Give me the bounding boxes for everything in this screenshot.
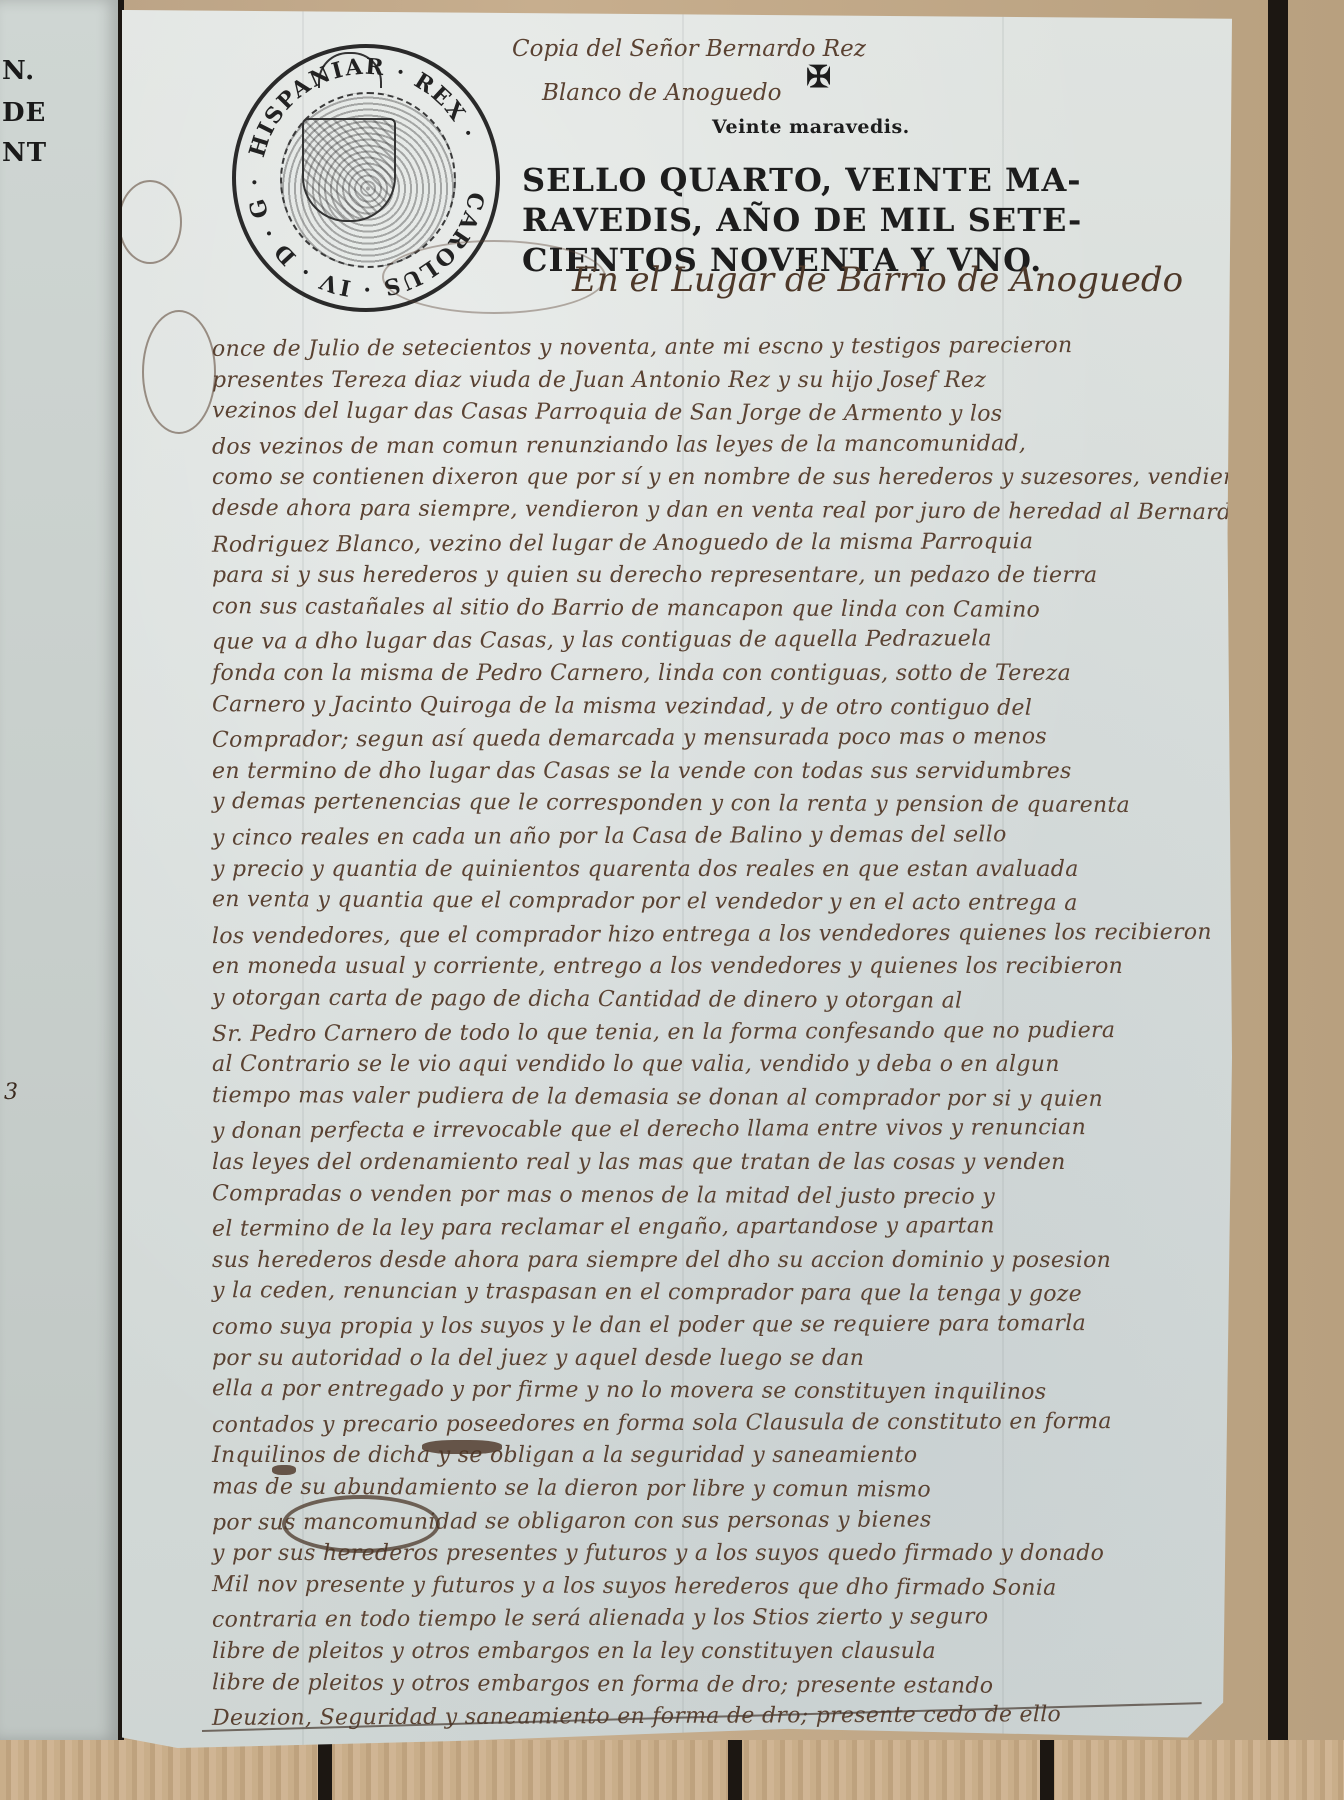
cross-icon: ✠ (806, 60, 831, 95)
margin-flourish (118, 180, 182, 264)
plank-gap (1040, 1740, 1054, 1800)
body-line: y la ceden, renuncian y traspasan en el … (212, 1278, 1082, 1307)
handwritten-mark: 3 (4, 1080, 18, 1105)
body-line: dos vezinos de man comun renunziando las… (212, 431, 1026, 460)
body-line: contraria en todo tiempo le será alienad… (212, 1605, 988, 1633)
ink-blot (272, 1465, 296, 1475)
body-line: las leyes del ordenamiento real y las ma… (212, 1150, 1066, 1175)
body-line: vezinos del lugar das Casas Parroquia de… (212, 398, 1002, 426)
body-line: y otorgan carta de pago de dicha Cantida… (212, 985, 962, 1013)
body-line: Comprador; segun así queda demarcada y m… (212, 724, 1047, 753)
body-line: y precio y quantia de quinientos quarent… (212, 857, 1079, 882)
body-line: ella a por entregado y por firme y no lo… (212, 1376, 1046, 1405)
annotation-line: Copia del Señor Bernardo Rez (512, 36, 866, 62)
plank-gap (318, 1740, 332, 1800)
margin-flourish (142, 310, 216, 434)
body-line: contados y precario poseedores en forma … (212, 1409, 1112, 1438)
body-line: el termino de la ley para reclamar el en… (212, 1213, 995, 1241)
body-line: y cinco reales en cada un año por la Cas… (212, 822, 1007, 850)
body-line: desde ahora para siempre, vendieron y da… (212, 496, 1245, 526)
adjacent-page-left: N. DE NT 3 (0, 0, 118, 1740)
body-line: libre de pleitos y otros embargos en la … (212, 1639, 936, 1664)
body-line: y donan perfecta e irrevocable que el de… (212, 1115, 1086, 1144)
body-line: Carnero y Jacinto Quiroga de la misma ve… (212, 692, 1032, 721)
body-line: en termino de dho lugar das Casas se la … (212, 759, 1072, 784)
document-sheet: HISPANIAR · REX · CAROLUS · IV · D · G ·… (122, 10, 1232, 1755)
title-line: RAVEDIS, AÑO DE MIL SETE- (522, 200, 1082, 240)
body-line: como suya propia y los suyos y le dan el… (212, 1311, 1086, 1340)
title-line: SELLO QUARTO, VEINTE MA- (522, 160, 1082, 200)
svg-text:HISPANIAR · REX ·: HISPANIAR · REX · (244, 54, 482, 161)
body-line: libre de pleitos y otros embargos en for… (212, 1670, 993, 1698)
body-line: tiempo mas valer pudiera de la demasia s… (212, 1083, 1103, 1112)
printed-fragment: NT (2, 136, 47, 170)
circled-annotation (282, 1495, 440, 1553)
body-line: presentes Tereza diaz viuda de Juan Anto… (212, 368, 986, 393)
body-line: que va a dho lugar das Casas, y las cont… (212, 627, 992, 655)
body-line: como se contienen dixeron que por sí y e… (212, 465, 1262, 490)
body-line: al Contrario se le vio aqui vendido lo q… (212, 1052, 1060, 1077)
wood-surface (0, 1740, 1344, 1800)
annotation-line: Blanco de Anoguedo (542, 80, 781, 106)
body-line: sus herederos desde ahora para siempre d… (212, 1248, 1111, 1273)
ink-blot (422, 1440, 502, 1454)
body-line: en moneda usual y corriente, entrego a l… (212, 954, 1123, 979)
opening-line: En el Lugar de Barrio de Anoguedo (572, 260, 1183, 300)
body-line: para si y sus herederos y quien su derec… (212, 563, 1097, 588)
body-line: fonda con la misma de Pedro Carnero, lin… (212, 661, 1071, 686)
body-line: en venta y quantia que el comprador por … (212, 887, 1078, 916)
body-line: los vendedores, que el comprador hizo en… (212, 920, 1212, 949)
body-line: Inquilinos de dicha y se obligan a la se… (212, 1443, 917, 1468)
body-line: Mil nov presente y futuros y a los suyos… (212, 1572, 1057, 1601)
printed-fragment: DE (2, 96, 46, 130)
body-line: Compradas o venden por mas o menos de la… (212, 1181, 995, 1209)
body-line: y demas pertenencias que le corresponden… (212, 789, 1130, 818)
plank-gap (1268, 0, 1288, 1800)
body-line: Rodriguez Blanco, vezino del lugar de An… (212, 529, 1033, 558)
body-line: con sus castañales al sitio do Barrio de… (212, 594, 1040, 623)
body-line: por su autoridad o la del juez y aquel d… (212, 1346, 864, 1371)
stamp-value: Veinte maravedis. (712, 116, 910, 138)
printed-fragment: N. (2, 54, 35, 88)
body-line: Sr. Pedro Carnero de todo lo que tenia, … (212, 1018, 1115, 1047)
plank-gap (728, 1740, 742, 1800)
body-line: once de Julio de setecientos y noventa, … (212, 333, 1072, 362)
